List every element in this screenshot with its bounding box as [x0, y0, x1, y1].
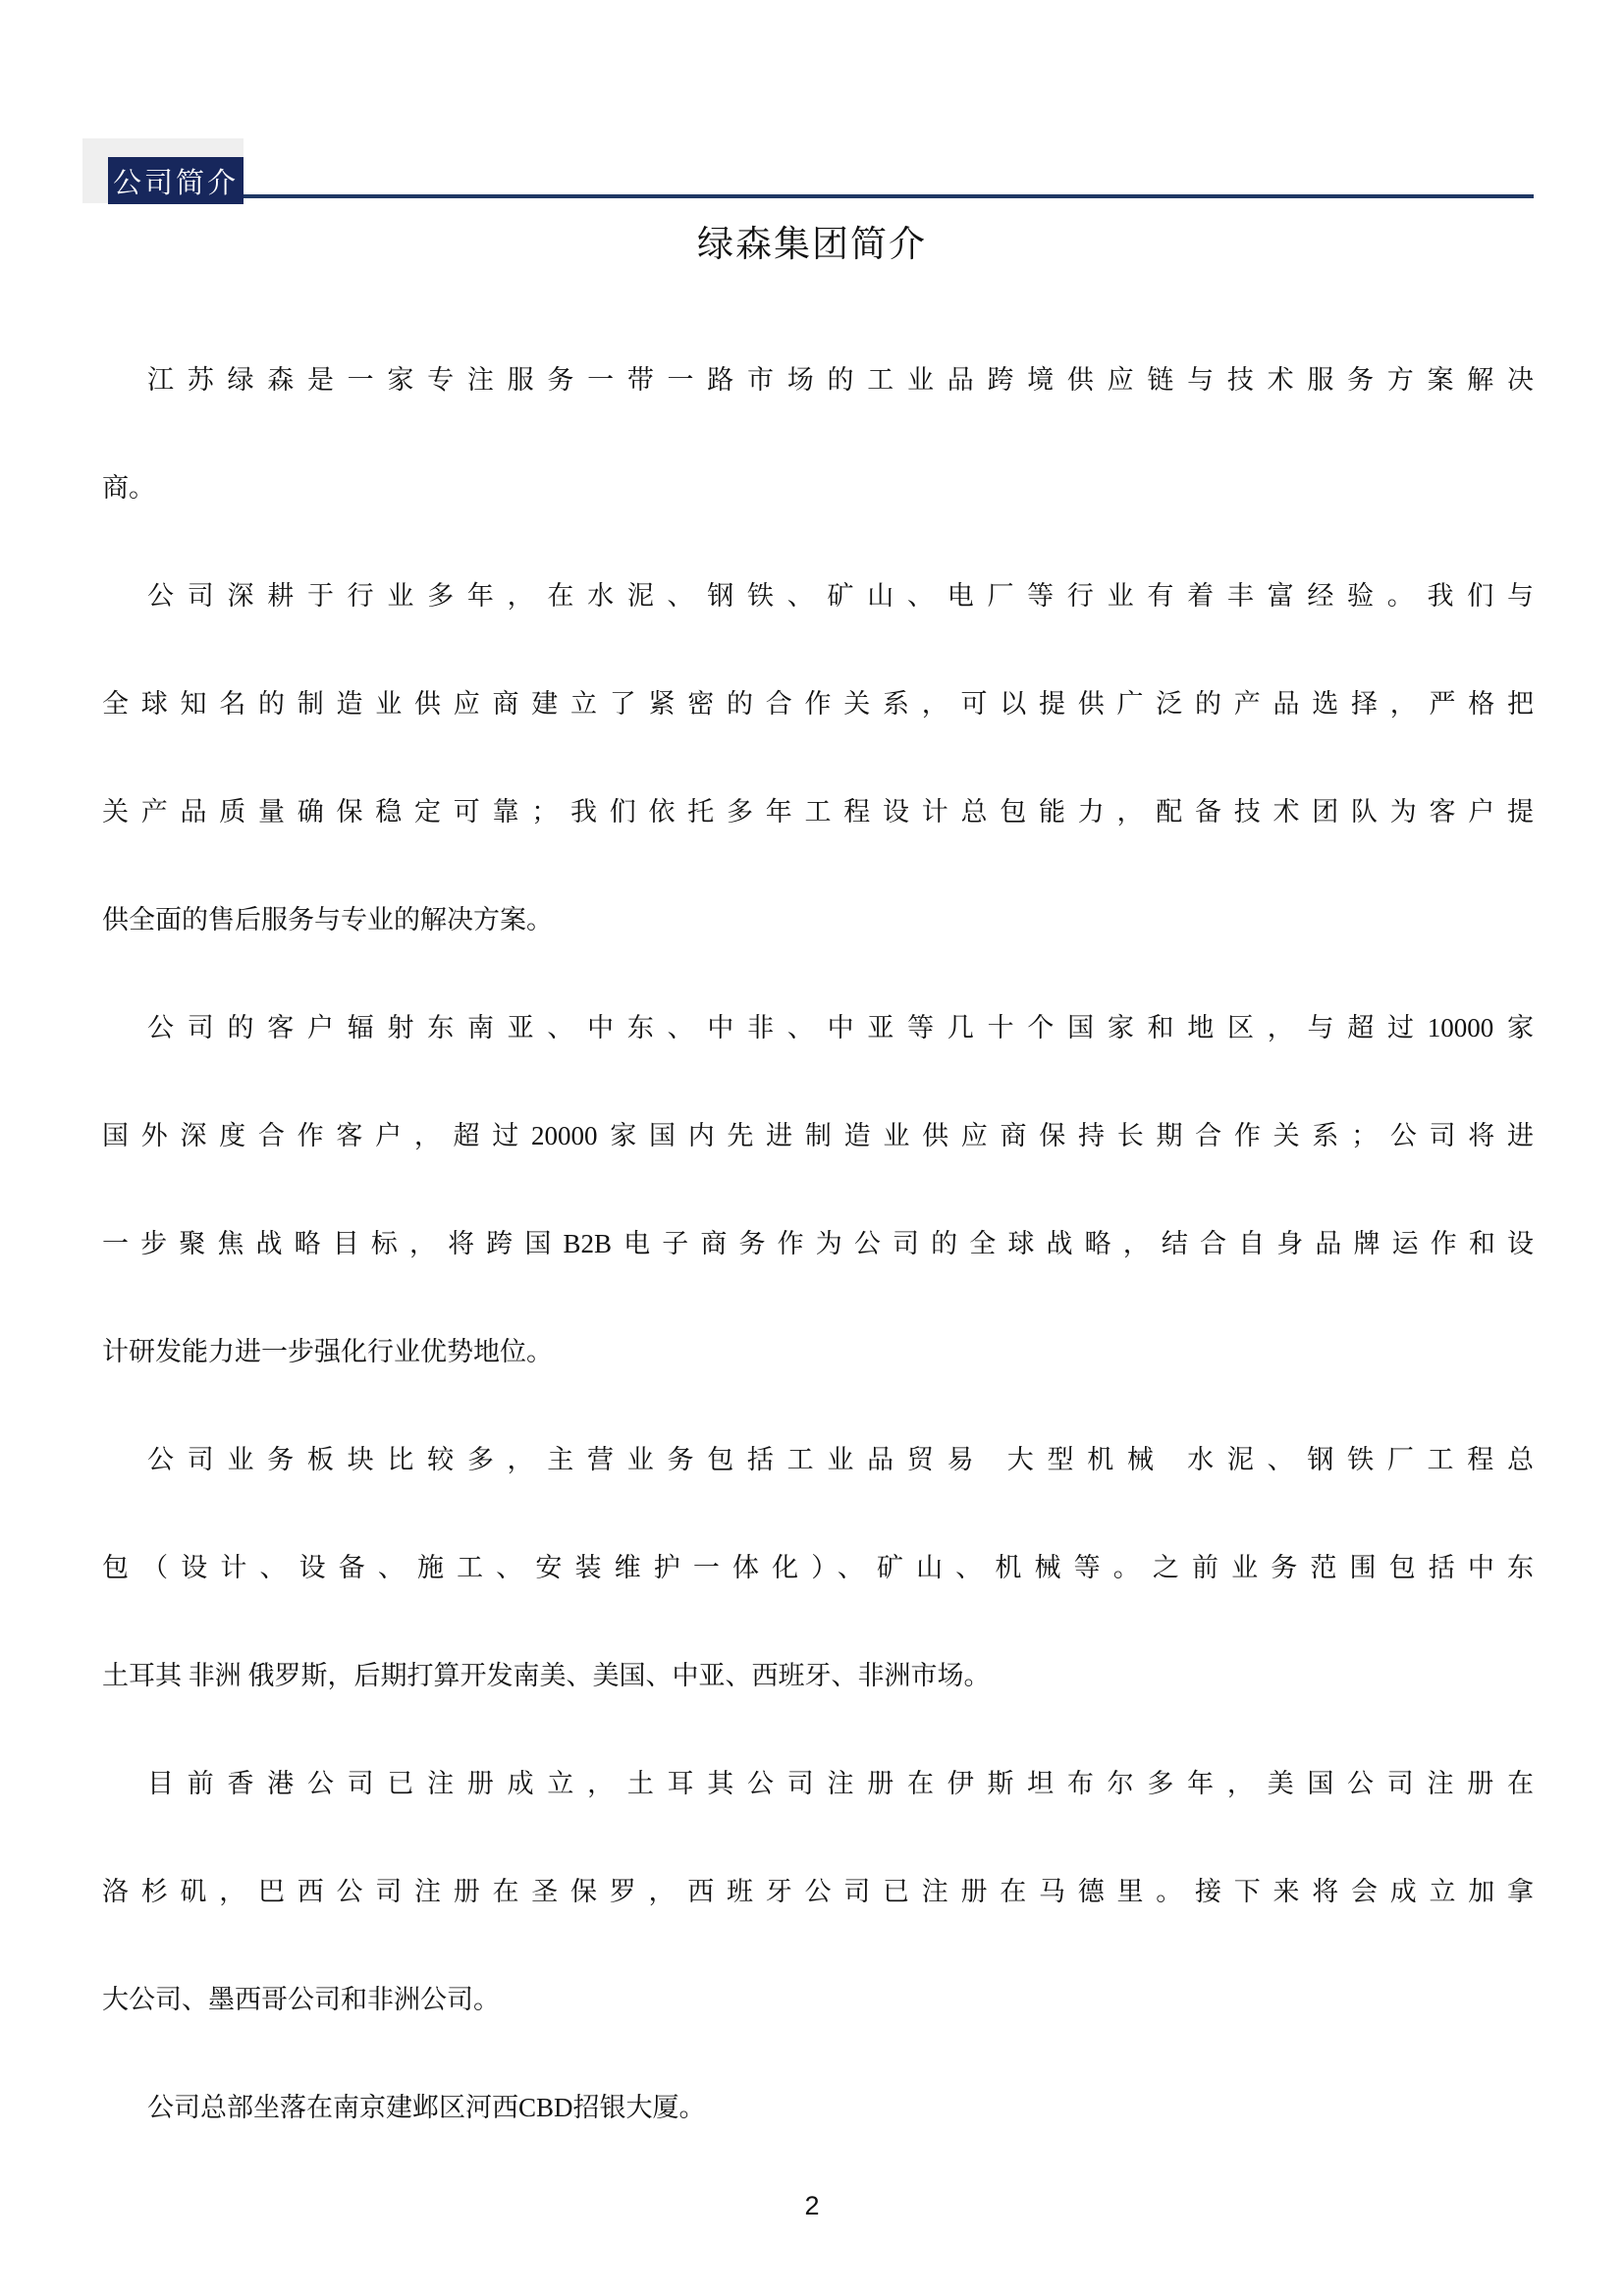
body-line: 商。	[102, 434, 1534, 542]
body-line: 公司的客户辐射东南亚、中东、中非、中亚等几十个国家和地区，与超过10000家	[102, 974, 1534, 1082]
body-line: 全球知名的制造业供应商建立了紧密的合作关系，可以提供广泛的产品选择，严格把	[102, 650, 1534, 758]
document-page: 公司简介 绿森集团简介 江苏绿森是一家专注服务一带一路市场的工业品跨境供应链与技…	[0, 0, 1624, 2296]
page-title: 绿森集团简介	[0, 214, 1624, 267]
body-line: 公司总部坐落在南京建邺区河西CBD招银大厦。	[102, 2054, 1534, 2162]
body-line: 洛杉矶，巴西公司注册在圣保罗，西班牙公司已注册在马德里。接下来将会成立加拿	[102, 1838, 1534, 1946]
body-line: 目前香港公司已注册成立，土耳其公司注册在伊斯坦布尔多年，美国公司注册在	[102, 1730, 1534, 1838]
page-number: 2	[0, 2191, 1624, 2221]
body-line: 一步聚焦战略目标，将跨国B2B电子商务作为公司的全球战略，结合自身品牌运作和设	[102, 1190, 1534, 1298]
document-body: 江苏绿森是一家专注服务一带一路市场的工业品跨境供应链与技术服务方案解决商。公司深…	[102, 326, 1534, 2162]
header-rule	[108, 194, 1534, 198]
body-line: 公司业务板块比较多，主营业务包括工业品贸易 大型机械 水泥、钢铁厂工程总	[102, 1406, 1534, 1514]
body-line: 计研发能力进一步强化行业优势地位。	[102, 1298, 1534, 1406]
body-line: 包（设计、设备、施工、安装维护一体化）、矿山、机械等。之前业务范围包括中东	[102, 1514, 1534, 1622]
section-badge-label: 公司简介	[113, 161, 239, 201]
section-badge: 公司简介	[108, 157, 244, 204]
body-line: 供全面的售后服务与专业的解决方案。	[102, 866, 1534, 974]
body-line: 国外深度合作客户，超过20000家国内先进制造业供应商保持长期合作关系；公司将进	[102, 1082, 1534, 1190]
body-line: 大公司、墨西哥公司和非洲公司。	[102, 1946, 1534, 2054]
body-line: 土耳其 非洲 俄罗斯，后期打算开发南美、美国、中亚、西班牙、非洲市场。	[102, 1622, 1534, 1730]
body-line: 公司深耕于行业多年，在水泥、钢铁、矿山、电厂等行业有着丰富经验。我们与	[102, 542, 1534, 650]
body-line: 关产品质量确保稳定可靠；我们依托多年工程设计总包能力，配备技术团队为客户提	[102, 758, 1534, 866]
body-line: 江苏绿森是一家专注服务一带一路市场的工业品跨境供应链与技术服务方案解决	[102, 326, 1534, 434]
